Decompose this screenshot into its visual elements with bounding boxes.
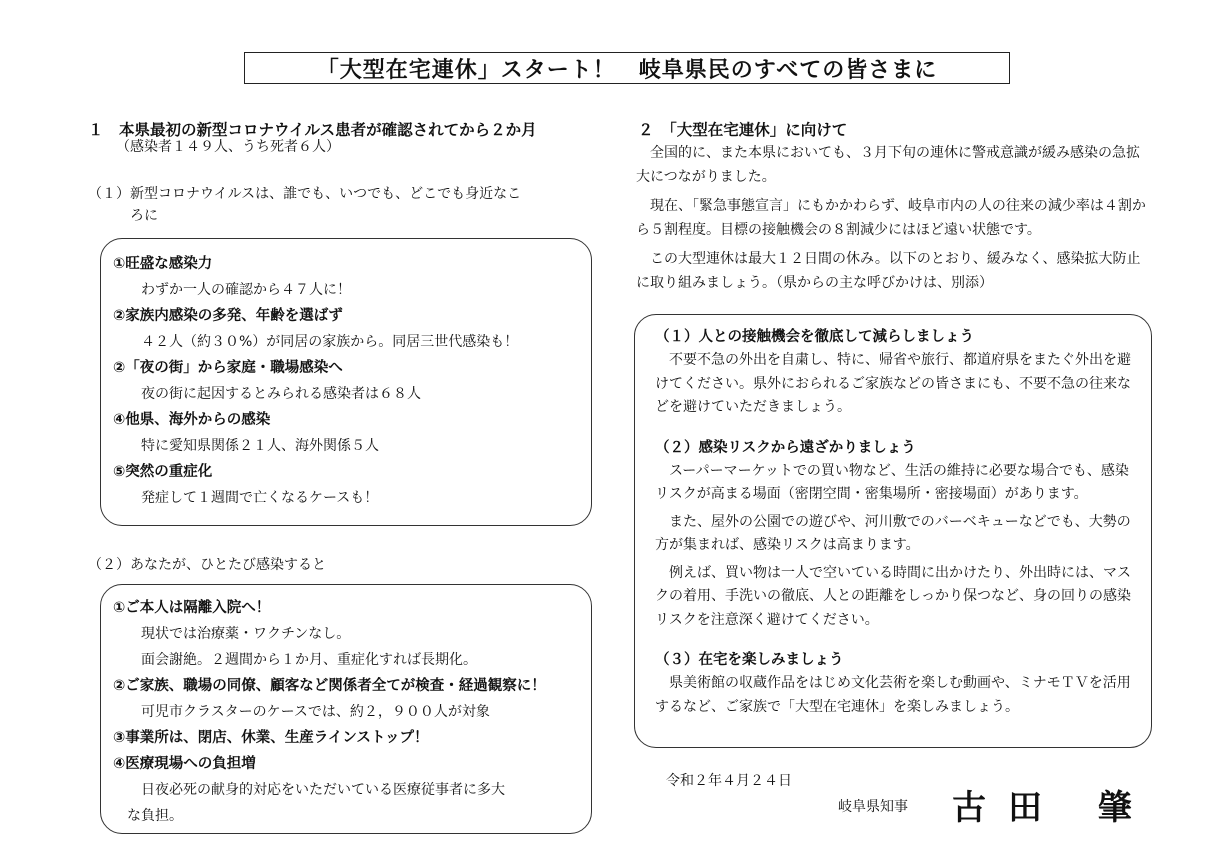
box-item-paragraph: また、屋外の公園での遊びや、河川敷でのバーベキューなどでも、大勢の方が集まれば、… xyxy=(655,511,1139,558)
item-body: 夜の街に起因するとみられる感染者は６８人 xyxy=(113,381,518,407)
item-title: ①ご本人は隔離入院へ！ xyxy=(113,595,546,621)
item-body: 可児市クラスターのケースでは、約２，９００人が対象 xyxy=(113,699,546,725)
box-item-title: （３）在宅を楽しみましょう xyxy=(655,648,1139,672)
item-title: ④他県、海外からの感染 xyxy=(113,407,518,433)
item-body: 日夜必死の献身的対応をいただいている医療従事者に多大 xyxy=(113,777,546,803)
item-body: 面会謝絶。２週間から１か月、重症化すれば長期化。 xyxy=(113,647,546,673)
item-title: ⑤突然の重症化 xyxy=(113,459,518,485)
signature: 古田 肇 xyxy=(952,780,1154,829)
item-body: ４２人（約３０%）が同居の家族から。同居三世代感染も！ xyxy=(113,329,518,355)
item-body: わずか一人の確認から４７人に！ xyxy=(113,277,518,303)
part1-heading-line1: （１）新型コロナウイルスは、誰でも、いつでも、どこでも身近なこ xyxy=(88,182,521,206)
part1-heading-line2: ろに xyxy=(130,204,158,228)
box-item-paragraph: スーパーマーケットでの買い物など、生活の維持に必要な場合でも、感染リスクが高まる… xyxy=(655,460,1139,507)
part2-heading: （２）あなたが、ひとたび感染すると xyxy=(88,553,326,577)
section2-box: （１）人との接触機会を徹底して減らしましょう 不要不急の外出を自粛し、特に、帰省… xyxy=(634,314,1152,748)
item-body: な負担。 xyxy=(113,803,546,829)
section2-heading: ２ 「大型在宅連休」に向けて xyxy=(638,118,847,140)
part1-box: ①旺盛な感染力 わずか一人の確認から４７人に！ ②家族内感染の多発、年齢を選ばず… xyxy=(100,238,592,526)
box-item-title: （２）感染リスクから遠ざかりましょう xyxy=(655,436,1139,460)
intro-paragraph: 現在、「緊急事態宣言」にもかかわらず、岐阜市内の人の往来の減少率は４割から５割程… xyxy=(636,195,1150,242)
part2-box: ①ご本人は隔離入院へ！ 現状では治療薬・ワクチンなし。 面会謝絶。２週間から１か… xyxy=(100,584,592,834)
item-title: ②家族内感染の多発、年齢を選ばず xyxy=(113,303,518,329)
item-title: ②「夜の街」から家庭・職場感染へ xyxy=(113,355,518,381)
item-body: 発症して１週間で亡くなるケースも！ xyxy=(113,485,518,511)
document-date: 令和２年４月２４日 xyxy=(666,770,792,790)
box-item-title: （１）人との接触機会を徹底して減らしましょう xyxy=(655,325,1139,349)
part2-items: ①ご本人は隔離入院へ！ 現状では治療薬・ワクチンなし。 面会謝絶。２週間から１か… xyxy=(113,595,546,829)
item-title: ④医療現場への負担増 xyxy=(113,751,546,777)
item-body: 特に愛知県関係２１人、海外関係５人 xyxy=(113,433,518,459)
item-title: ①旺盛な感染力 xyxy=(113,251,518,277)
item-title: ③事業所は、閉店、休業、生産ラインストップ！ xyxy=(113,725,546,751)
section2-box-content: （１）人との接触機会を徹底して減らしましょう 不要不急の外出を自粛し、特に、帰省… xyxy=(655,325,1139,719)
section1-subheading: （感染者１４９人、うち死者６人） xyxy=(116,136,340,159)
box-item-paragraph: 不要不急の外出を自粛し、特に、帰省や旅行、都道府県をまたぐ外出を避けてください。… xyxy=(655,349,1139,420)
item-body: 現状では治療薬・ワクチンなし。 xyxy=(113,621,546,647)
title-text: 「大型在宅連休」スタート！ 岐阜県民のすべての皆さまに xyxy=(317,53,938,84)
section2-intro: 全国的に、また本県においても、３月下旬の連休に警戒意識が緩み感染の急拡大につなが… xyxy=(636,142,1150,301)
document-title: 「大型在宅連休」スタート！ 岐阜県民のすべての皆さまに xyxy=(244,52,1010,84)
part1-items: ①旺盛な感染力 わずか一人の確認から４７人に！ ②家族内感染の多発、年齢を選ばず… xyxy=(113,251,518,511)
item-title: ②ご家族、職場の同僚、顧客など関係者全てが検査・経過観察に！ xyxy=(113,673,546,699)
box-item-paragraph: 例えば、買い物は一人で空いている時間に出かけたり、外出時には、マスクの着用、手洗… xyxy=(655,562,1139,633)
signatory-position: 岐阜県知事 xyxy=(838,796,908,816)
intro-paragraph: 全国的に、また本県においても、３月下旬の連休に警戒意識が緩み感染の急拡大につなが… xyxy=(636,142,1150,189)
box-item-paragraph: 県美術館の収蔵作品をはじめ文化芸術を楽しむ動画や、ミナモＴＶを活用するなど、ご家… xyxy=(655,672,1139,719)
intro-paragraph: この大型連休は最大１２日間の休み。以下のとおり、緩みなく、感染拡大防止に取り組み… xyxy=(636,248,1150,295)
